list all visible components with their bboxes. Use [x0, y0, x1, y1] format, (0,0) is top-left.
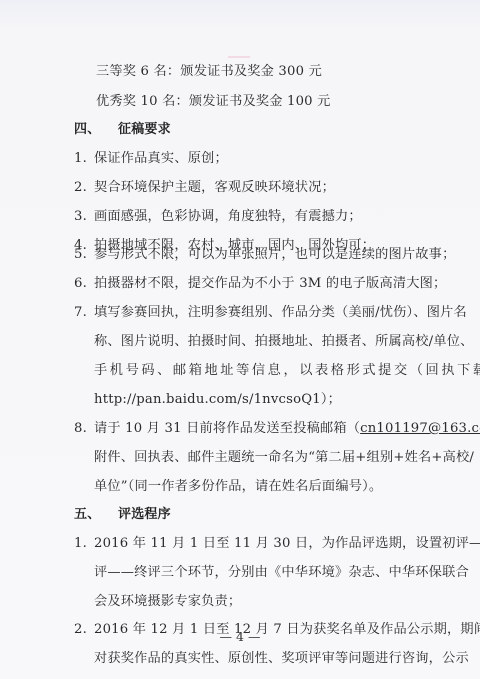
list-item-continuation: 评——终评三个环节，分别由《中华环境》杂志、中华环保联合 [94, 565, 469, 581]
section-heading-5: 五、评选程序 [74, 507, 171, 523]
section-number: 四、 [74, 122, 118, 138]
page-number: — 4 — [0, 629, 480, 644]
list-item-continuation: 手机号码、邮箱地址等信息，以表格形式提交（回执下载： [94, 363, 480, 379]
section-heading-4: 四、征稿要求 [74, 122, 171, 138]
prize-line-third: 三等奖 6 名：颁发证书及奖金 300 元 [96, 64, 322, 80]
list-item: 1.保证作品真实、原创； [74, 151, 228, 167]
stamp-mark [228, 56, 250, 58]
list-item-continuation: 对获奖作品的真实性、原创性、奖项评审等问题进行咨询，公示 [94, 651, 469, 667]
list-item: 6.拍摄器材不限，提交作品为不小于 3M 的电子版高清大图； [74, 276, 446, 292]
list-item: 1.2016 年 11 月 1 日至 11 月 30 日，为作品评选期，设置初评… [74, 536, 480, 552]
section-title: 评选程序 [118, 507, 171, 522]
document-page: 三等奖 6 名：颁发证书及奖金 300 元 优秀奖 10 名：颁发证书及奖金 1… [0, 0, 480, 679]
list-item: 7.填写参赛回执，注明参赛组别、作品分类（美丽/忧伤）、图片名 [74, 305, 467, 321]
list-item: 8.请于 10 月 31 日前将作品发送至投稿邮箱（cn101197@163.c… [74, 421, 480, 437]
section-title: 征稿要求 [118, 122, 171, 137]
download-link[interactable]: http://pan.baidu.com/s/1nvcsoQ1）； [94, 392, 341, 408]
list-item: 2.契合环境保护主题，客观反映环境状况； [74, 180, 335, 196]
list-item-continuation: 单位”（同一作者多份作品，请在姓名后面编号）。 [94, 479, 382, 495]
list-item: 3.画面感强，色彩协调，角度独特，有震撼力； [74, 209, 362, 225]
email-link[interactable]: cn101197@163.com [360, 421, 480, 436]
list-item-continuation: 称、图片说明、拍摄时间、拍摄地址、拍摄者、所属高校/单位、 [94, 334, 474, 350]
section-number: 五、 [74, 507, 118, 523]
prize-line-excellence: 优秀奖 10 名：颁发证书及奖金 100 元 [96, 94, 331, 110]
list-item: 5.参与形式不限，可以为单张照片，也可以是连续的图片故事； [74, 247, 455, 263]
list-item-continuation: 会及环境摄影专家负责； [94, 594, 241, 610]
list-item-continuation: 附件、回执表、邮件主题统一命名为“第二届+组别+姓名+高校/ [94, 450, 474, 466]
